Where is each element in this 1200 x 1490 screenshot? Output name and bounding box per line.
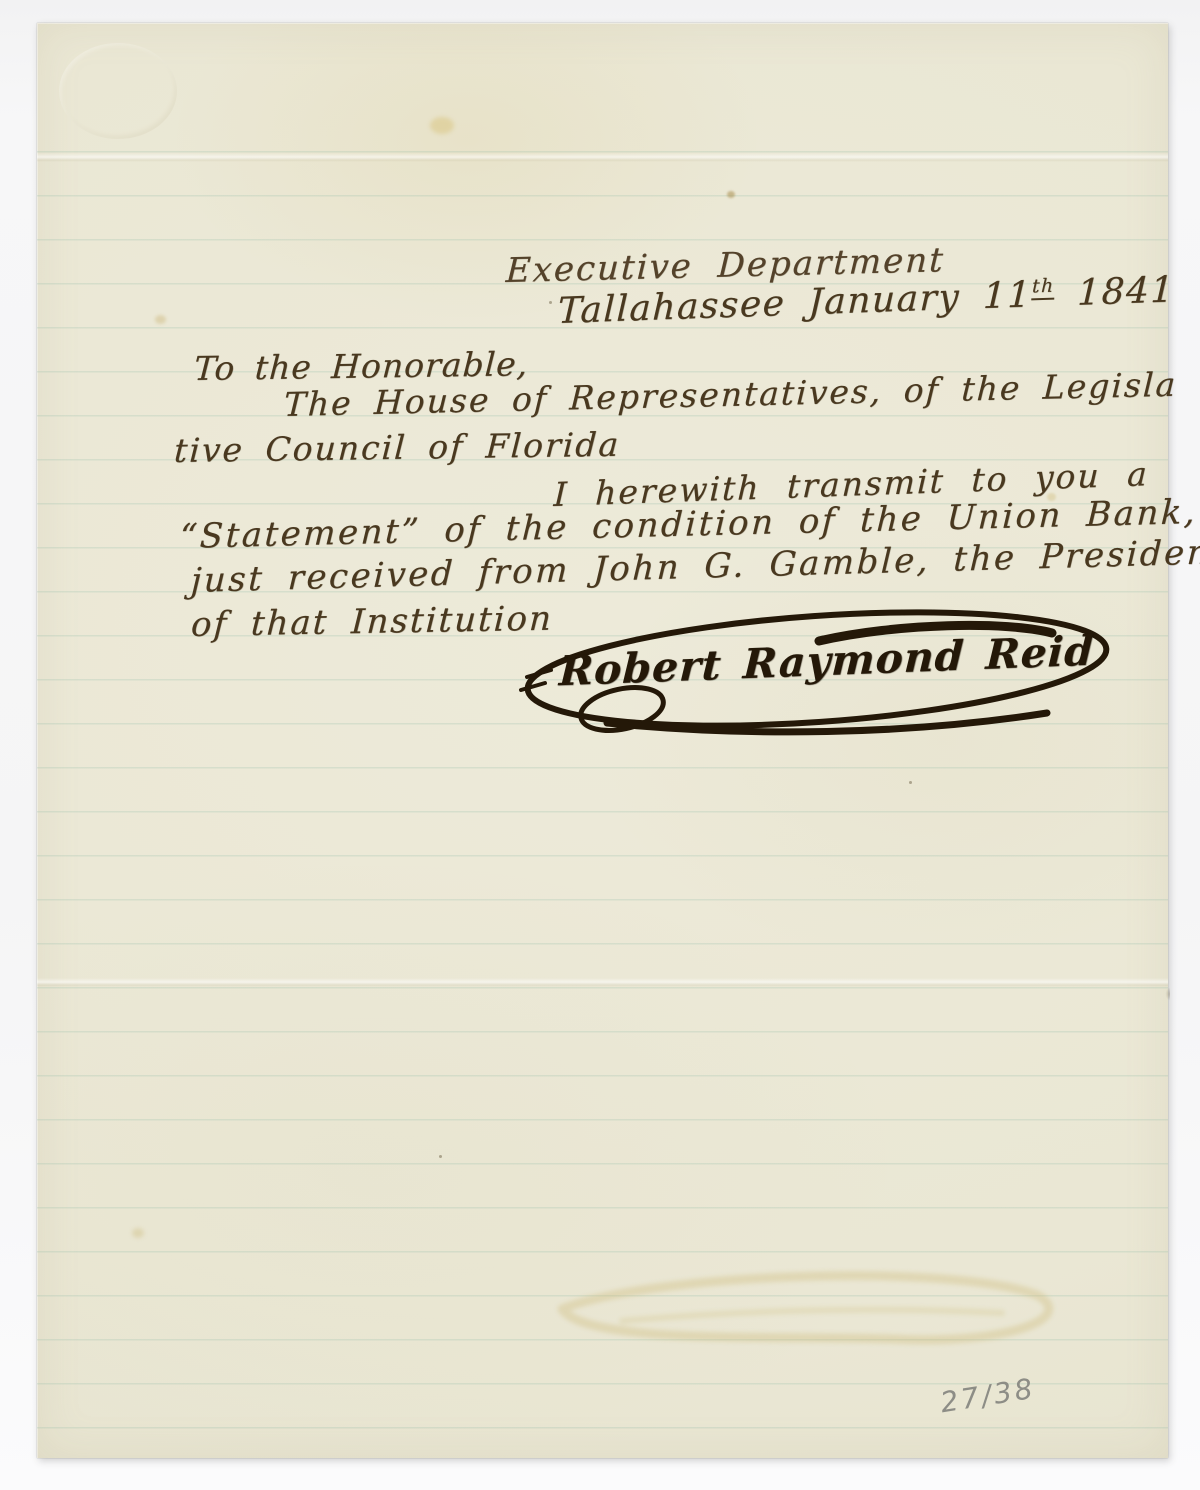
ink-speck	[439, 1155, 442, 1158]
salutation-line-3: tive Council of Florida	[173, 425, 621, 470]
heading-place: Tallahassee	[557, 283, 786, 332]
letter-paper: Executive Department Tallahassee January…	[37, 23, 1168, 1458]
heading-year: 1841	[1077, 269, 1176, 313]
fold-crease-top	[37, 153, 1168, 162]
ink-bleed-ghost	[532, 1251, 1092, 1359]
heading-date: January 11	[808, 274, 1033, 323]
fold-edge-notch	[1163, 985, 1170, 1003]
ink-speck	[909, 781, 912, 784]
fold-crease-middle	[37, 978, 1168, 987]
foxing-spot	[430, 117, 454, 134]
signature-block: Robert Raymond Reid	[487, 595, 1135, 760]
ink-speck	[549, 301, 552, 304]
embossed-seal	[59, 43, 177, 139]
heading-date-ordinal: th	[1032, 276, 1055, 301]
